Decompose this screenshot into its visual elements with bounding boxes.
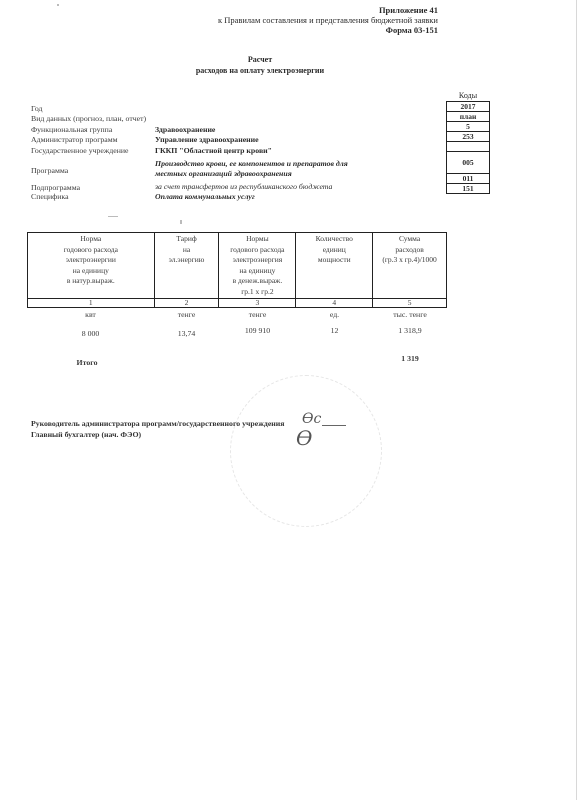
col-header-5: Суммарасходов(гр.3 х гр.4)/1000 bbox=[373, 233, 447, 299]
label-subprogram: Подпрограмма bbox=[31, 183, 80, 192]
unit-col-4: ед. bbox=[296, 310, 373, 319]
column-header-line: Нормы bbox=[221, 234, 293, 245]
column-number-row: 1 2 3 4 5 bbox=[28, 299, 447, 308]
column-header-line: электроэнергии bbox=[30, 255, 152, 266]
code-administrator: 253 bbox=[446, 132, 490, 142]
total-value: 1 319 bbox=[373, 354, 447, 363]
appendix-rules: к Правилам составления и представления б… bbox=[218, 15, 438, 25]
title-line-2: расходов на оплату электроэнергии bbox=[0, 65, 520, 76]
column-header-line: годового расхода bbox=[221, 245, 293, 256]
value-program-line-1: Производство крови, ее компонентов и пре… bbox=[155, 159, 348, 168]
cell-tariff: 13,74 bbox=[154, 329, 219, 338]
code-program: 005 bbox=[446, 152, 490, 174]
cell-sum: 1 318,9 bbox=[373, 326, 447, 335]
appendix-header: Приложение 41 к Правилам составления и п… bbox=[218, 5, 438, 35]
col-num-3: 3 bbox=[219, 299, 296, 308]
column-header-line: (гр.3 х гр.4)/1000 bbox=[375, 255, 444, 266]
appendix-number: Приложение 41 bbox=[218, 5, 438, 15]
column-header-line: Норма bbox=[30, 234, 152, 245]
scan-speck bbox=[180, 220, 182, 224]
scan-speck bbox=[57, 4, 59, 6]
column-header-line: Сумма bbox=[375, 234, 444, 245]
title-line-1: Расчет bbox=[0, 54, 520, 65]
code-functional-group: 5 bbox=[446, 122, 490, 132]
col-num-4: 4 bbox=[296, 299, 373, 308]
calculation-table: Нормагодового расходаэлектроэнергиина ед… bbox=[27, 232, 447, 308]
codes-box: Коды 2017 план 5 253 005 011 151 bbox=[446, 91, 490, 194]
document-title: Расчет расходов на оплату электроэнергии bbox=[0, 54, 520, 76]
unit-col-1: квт bbox=[27, 310, 154, 319]
signature-head-underline bbox=[322, 425, 346, 426]
value-institution: ГККП "Областной центр крови" bbox=[155, 146, 272, 155]
signature-accountant-label: Главный бухгалтер (нач. ФЭО) bbox=[31, 430, 141, 440]
value-subprogram: за счет трансфертов из республиканского … bbox=[155, 182, 332, 191]
cell-norm-natural: 8 000 bbox=[27, 329, 154, 338]
scan-speck bbox=[108, 216, 118, 217]
cell-units: 12 bbox=[296, 326, 373, 335]
col-header-2: Тарифнаэл.энергию bbox=[154, 233, 219, 299]
code-subprogram: 011 bbox=[446, 174, 490, 184]
label-program: Программа bbox=[31, 166, 68, 175]
cell-norm-monetary: 109 910 bbox=[219, 326, 296, 335]
label-functional-group: Функциональная группа bbox=[31, 125, 112, 134]
codes-caption: Коды bbox=[446, 91, 490, 100]
label-institution: Государственное учреждение bbox=[31, 146, 129, 155]
label-specific: Специфика bbox=[31, 192, 69, 201]
col-header-3: Нормыгодового расходаэлектроэнергияна ед… bbox=[219, 233, 296, 299]
code-year: 2017 bbox=[446, 101, 490, 112]
col-num-1: 1 bbox=[28, 299, 155, 308]
unit-col-5: тыс. тенге bbox=[373, 310, 447, 319]
code-institution bbox=[446, 142, 490, 152]
column-header-line: на bbox=[157, 245, 217, 256]
column-header-line: в денеж.выраж. bbox=[221, 276, 293, 287]
label-data-type: Вид данных (прогноз, план, отчет) bbox=[31, 114, 146, 123]
signature-accountant-mark: Ѳ bbox=[296, 426, 312, 450]
column-header-line: на единицу bbox=[30, 266, 152, 277]
table-header-row: Нормагодового расходаэлектроэнергиина ед… bbox=[28, 233, 447, 299]
col-num-5: 5 bbox=[373, 299, 447, 308]
column-header-line: на единицу bbox=[221, 266, 293, 277]
col-header-1: Нормагодового расходаэлектроэнергиина ед… bbox=[28, 233, 155, 299]
page-edge bbox=[576, 0, 577, 800]
column-header-line: в натур.выраж. bbox=[30, 276, 152, 287]
column-header-line: расходов bbox=[375, 245, 444, 256]
label-year: Год bbox=[31, 104, 42, 113]
column-header-line: Тариф bbox=[157, 234, 217, 245]
column-header-line: эл.энергию bbox=[157, 255, 217, 266]
total-label: Итого bbox=[57, 358, 117, 367]
form-number: Форма 03-151 bbox=[218, 25, 438, 35]
column-header-line: гр.1 х гр.2 bbox=[221, 287, 293, 298]
stamp-seal bbox=[230, 375, 382, 527]
value-specific: Оплата коммунальных услуг bbox=[155, 192, 255, 201]
col-num-2: 2 bbox=[154, 299, 219, 308]
unit-col-3: тенге bbox=[219, 310, 296, 319]
column-header-line: единиц bbox=[298, 245, 370, 256]
signature-head-mark: Ѳс bbox=[302, 411, 321, 427]
code-data-type: план bbox=[446, 112, 490, 122]
column-header-line: мощности bbox=[298, 255, 370, 266]
label-administrator: Администратор программ bbox=[31, 135, 118, 144]
value-functional-group: Здравоохранение bbox=[155, 125, 215, 134]
column-header-line: Количество bbox=[298, 234, 370, 245]
column-header-line: электроэнергия bbox=[221, 255, 293, 266]
value-administrator: Управление здравоохранение bbox=[155, 135, 259, 144]
signature-head-label: Руководитель администратора программ/гос… bbox=[31, 419, 285, 429]
unit-col-2: тенге bbox=[154, 310, 219, 319]
value-program-line-2: местных организаций здравоохранения bbox=[155, 169, 292, 178]
col-header-4: Количествоединицмощности bbox=[296, 233, 373, 299]
column-header-line: годового расхода bbox=[30, 245, 152, 256]
code-specific: 151 bbox=[446, 184, 490, 194]
